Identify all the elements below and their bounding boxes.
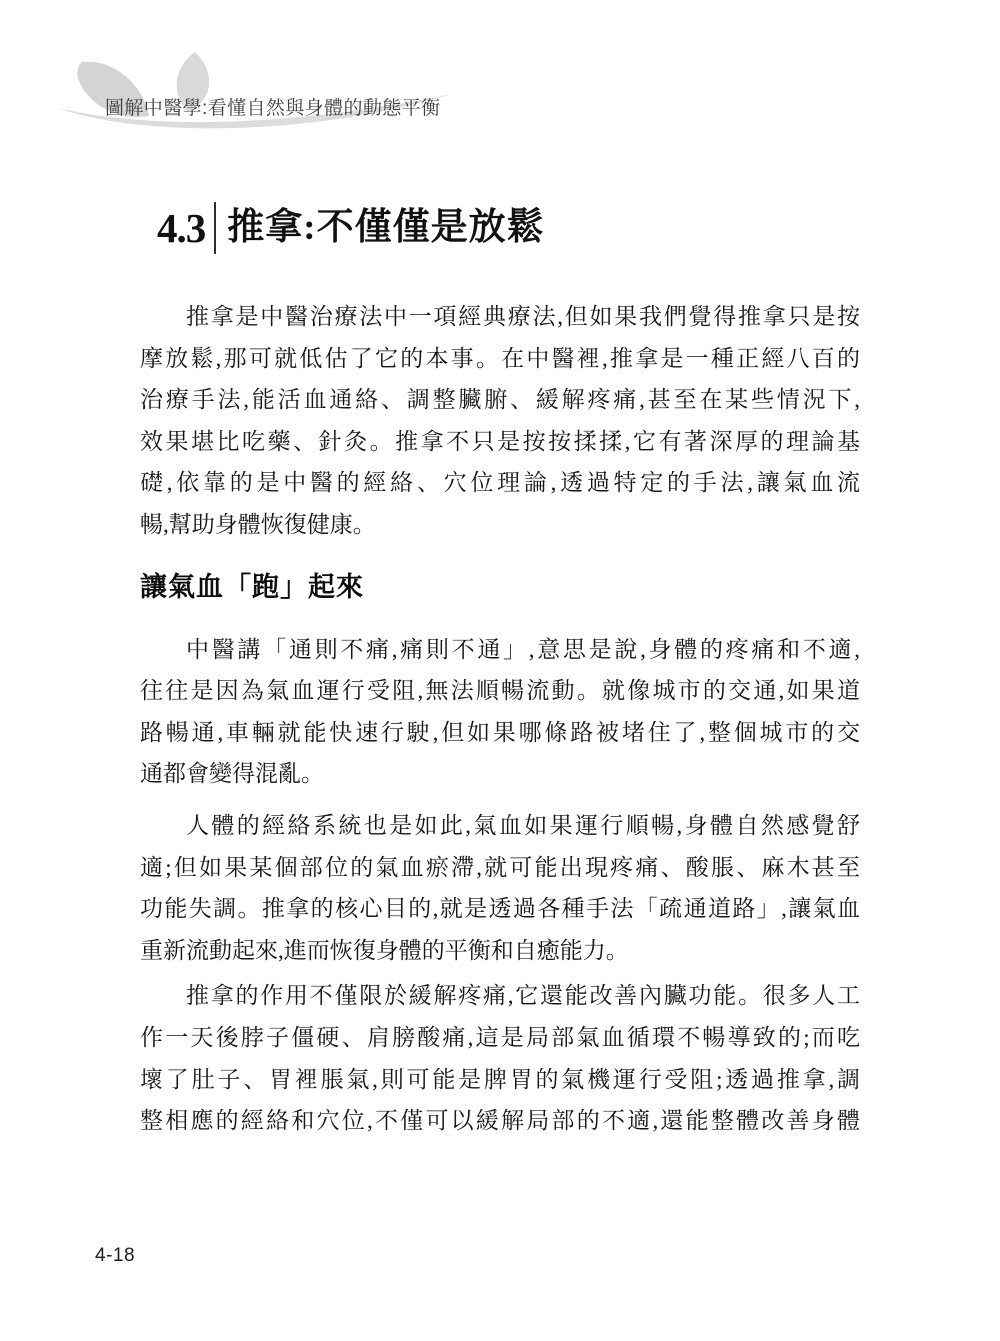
- text-line: 壞了肚子、胃裡脹氣,則可能是脾胃的氣機運行受阻;透過推拿,調: [140, 1059, 860, 1101]
- text-line: 推拿的作用不僅限於緩解疼痛,它還能改善內臟功能。很多人工: [140, 975, 860, 1017]
- body-paragraph-1: 中醫講「通則不痛,痛則不通」,意思是說,身體的疼痛和不適, 往往是因為氣血運行受…: [140, 629, 860, 795]
- text-line: 適;但如果某個部位的氣血瘀滯,就可能出現疼痛、酸脹、麻木甚至: [140, 847, 860, 889]
- text-line: 人體的經絡系統也是如此,氣血如果運行順暢,身體自然感覺舒: [140, 805, 860, 847]
- chapter-number: 4.3: [157, 208, 205, 249]
- text-line: 推拿是中醫治療法中一項經典療法,但如果我們覺得推拿只是按: [140, 296, 860, 338]
- page-number: 4-18: [95, 1245, 135, 1267]
- text-line: 作一天後脖子僵硬、肩膀酸痛,這是局部氣血循環不暢導致的;而吃: [140, 1017, 860, 1059]
- section-heading: 讓氣血「跑」起來: [140, 571, 860, 603]
- book-page: 圖解中醫學:看懂自然與身體的動態平衡 4.3 推拿:不僅僅是放鬆 推拿是中醫治療…: [0, 0, 1000, 1341]
- text-line: 摩放鬆,那可就低估了它的本事。在中醫裡,推拿是一種正經八百的: [140, 338, 860, 380]
- chapter-title-block: 4.3 推拿:不僅僅是放鬆: [157, 202, 545, 254]
- text-line: 暢,幫助身體恢復健康。: [140, 504, 860, 546]
- text-line: 整相應的經絡和穴位,不僅可以緩解局部的不適,還能整體改善身體: [140, 1100, 860, 1142]
- chapter-heading: 推拿:不僅僅是放鬆: [227, 208, 544, 249]
- text-line: 路暢通,車輛就能快速行駛,但如果哪條路被堵住了,整個城市的交: [140, 712, 860, 754]
- book-title: 圖解中醫學:看懂自然與身體的動態平衡: [105, 97, 440, 121]
- text-line: 效果堪比吃藥、針灸。推拿不只是按按揉揉,它有著深厚的理論基: [140, 421, 860, 463]
- text-line: 重新流動起來,進而恢復身體的平衡和自癒能力。: [140, 930, 860, 972]
- text-line: 治療手法,能活血通絡、調整臟腑、緩解疼痛,甚至在某些情況下,: [140, 379, 860, 421]
- body-column: 推拿是中醫治療法中一項經典療法,但如果我們覺得推拿只是按 摩放鬆,那可就低估了它…: [140, 296, 860, 1142]
- body-paragraph-2: 人體的經絡系統也是如此,氣血如果運行順暢,身體自然感覺舒 適;但如果某個部位的氣…: [140, 805, 860, 971]
- text-line: 通都會變得混亂。: [140, 753, 860, 795]
- text-line: 礎,依靠的是中醫的經絡、穴位理論,透過特定的手法,讓氣血流: [140, 462, 860, 504]
- intro-paragraph: 推拿是中醫治療法中一項經典療法,但如果我們覺得推拿只是按 摩放鬆,那可就低估了它…: [140, 296, 860, 546]
- chapter-title-divider: [214, 202, 216, 254]
- text-line: 中醫講「通則不痛,痛則不通」,意思是說,身體的疼痛和不適,: [140, 629, 860, 671]
- leaf-logo-icon: [52, 46, 462, 138]
- text-line: 往往是因為氣血運行受阻,無法順暢流動。就像城市的交通,如果道: [140, 670, 860, 712]
- text-line: 功能失調。推拿的核心目的,就是透過各種手法「疏通道路」,讓氣血: [140, 888, 860, 930]
- body-paragraph-3: 推拿的作用不僅限於緩解疼痛,它還能改善內臟功能。很多人工 作一天後脖子僵硬、肩膀…: [140, 975, 860, 1141]
